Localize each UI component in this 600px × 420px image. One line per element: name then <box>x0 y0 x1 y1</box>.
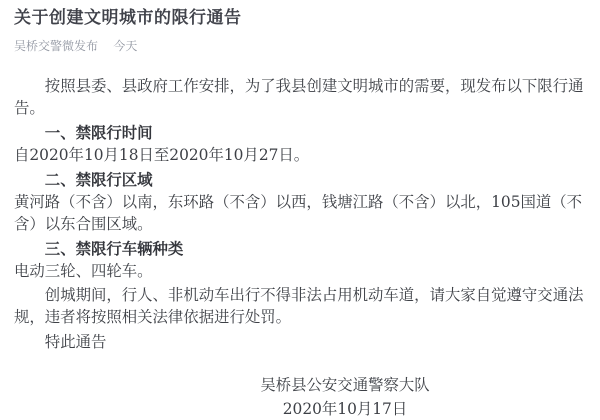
page-title: 关于创建文明城市的限行通告 <box>14 6 586 30</box>
article-page: 关于创建文明城市的限行通告 吴桥交警微发布 今天 按照县委、县政府工作安排，为了… <box>0 0 600 420</box>
publish-time: 今天 <box>113 39 137 53</box>
account-name-link[interactable]: 吴桥交警微发布 <box>14 39 98 53</box>
section-2-body: 黄河路（不含）以南，东环路（不含）以西，钱塘江路（不含）以北，105国道（不含）… <box>14 191 586 235</box>
article-meta: 吴桥交警微发布 今天 <box>14 39 586 54</box>
section-3-body: 电动三轮、四轮车。 <box>14 260 586 282</box>
closing-paragraph: 创城期间，行人、非机动车出行不得非法占用机动车道，请大家自觉遵守交通法规，违者将… <box>14 284 586 328</box>
signature-unit: 吴桥县公安交通警察大队 <box>235 373 455 397</box>
article-body: 按照县委、县政府工作安排，为了我县创建文明城市的需要，现发布以下限行通告。 一、… <box>14 75 586 420</box>
signature-block: 吴桥县公安交通警察大队 2020年10月17日 <box>235 373 455 420</box>
section-3-heading: 三、禁限行车辆种类 <box>14 238 586 260</box>
intro-paragraph: 按照县委、县政府工作安排，为了我县创建文明城市的需要，现发布以下限行通告。 <box>14 75 586 119</box>
notice-line: 特此通告 <box>14 331 586 353</box>
signature-date: 2020年10月17日 <box>235 397 455 420</box>
section-1-body: 自2020年10月18日至2020年10月27日。 <box>14 144 586 166</box>
section-2-heading: 二、禁限行区域 <box>14 169 586 191</box>
section-1-heading: 一、禁限行时间 <box>14 122 586 144</box>
